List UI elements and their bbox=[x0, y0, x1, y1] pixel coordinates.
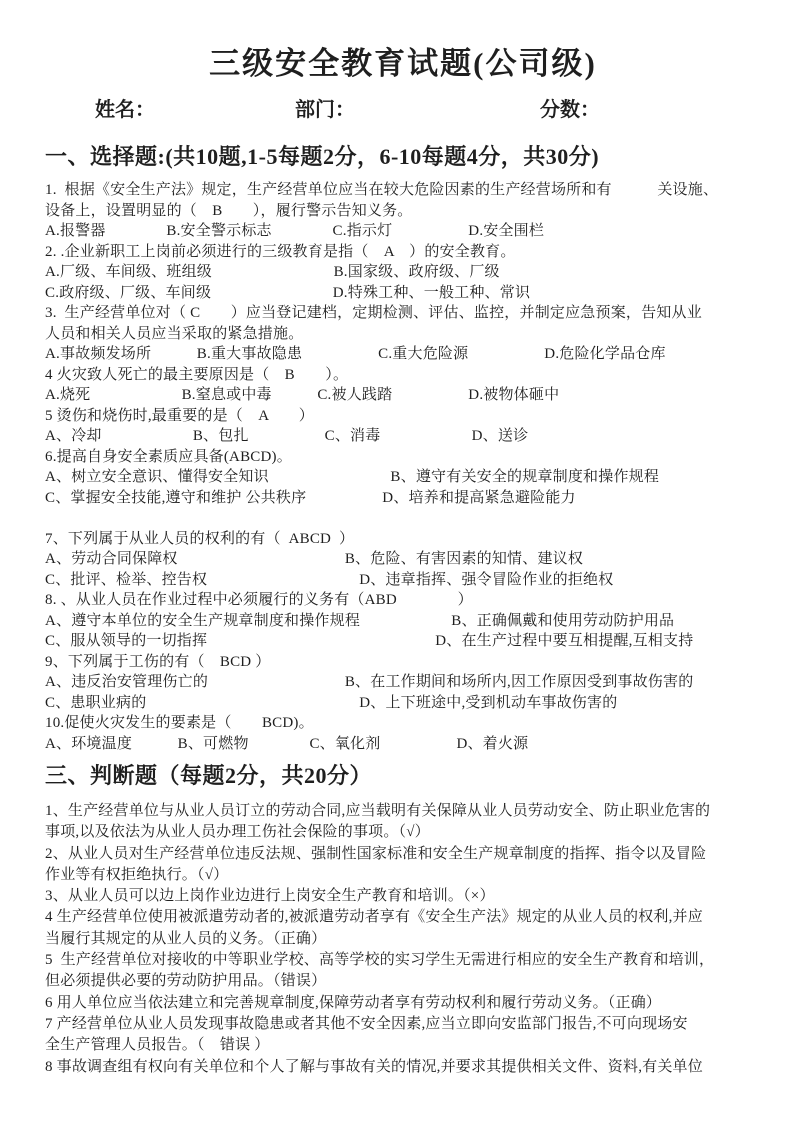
text-line: 7 产经营单位从业人员发现事故隐患或者其他不安全因素,应当立即向安监部门报告,不… bbox=[45, 1014, 761, 1035]
text-line: 3. 生产经营单位对（ C ）应当登记建档，定期检测、评估、监控，并制定应急预案… bbox=[45, 303, 761, 324]
text-line: 8. 、从业人员在作业过程中必须履行的义务有（ABD ） bbox=[45, 590, 761, 611]
text-line: 6 用人单位应当依法建立和完善规章制度,保障劳动者享有劳动权利和履行劳动义务。（… bbox=[45, 993, 761, 1014]
text-line: C、服从领导的一切指挥 D、在生产过程中要互相提醒,互相支持 bbox=[45, 631, 761, 652]
text-line: 10.促使火灾发生的要素是（ BCD)。 bbox=[45, 713, 761, 734]
text-line: A.事故频发场所 B.重大事故隐患 C.重大危险源 D.危险化学品仓库 bbox=[45, 344, 761, 365]
department-field-label: 部门： bbox=[295, 98, 355, 122]
exam-header-fields: 姓名： 部门： 分数： bbox=[45, 98, 761, 122]
text-line: 事项,以及依法为从业人员办理工伤社会保险的事项。（√） bbox=[45, 822, 761, 843]
text-line: 4 生产经营单位使用被派遣劳动者的,被派遣劳动者享有《安全生产法》规定的从业人员… bbox=[45, 907, 761, 928]
text-line: 1、生产经营单位与从业人员订立的劳动合同,应当载明有关保障从业人员劳动安全、防止… bbox=[45, 801, 761, 822]
text-line: 9、下列属于工伤的有（ BCD ） bbox=[45, 652, 761, 673]
text-line: A、冷却 B、包扎 C、消毒 D、送诊 bbox=[45, 426, 761, 447]
text-line: A、遵守本单位的安全生产规章制度和操作规程 B、正确佩戴和使用劳动防护用品 bbox=[45, 611, 761, 632]
document-title: 三级安全教育试题(公司级) bbox=[45, 44, 761, 84]
multiple-choice-questions: 1. 根据《安全生产法》规定，生产经营单位应当在较大危险因素的生产经营场所和有 … bbox=[45, 180, 761, 754]
text-line: 人员和相关人员应当采取的紧急措施。 bbox=[45, 324, 761, 345]
text-line: A、违反治安管理伤亡的 B、在工作期间和场所内,因工作原因受到事故伤害的 bbox=[45, 672, 761, 693]
score-field-label: 分数： bbox=[540, 98, 600, 122]
true-false-questions: 1、生产经营单位与从业人员订立的劳动合同,应当载明有关保障从业人员劳动安全、防止… bbox=[45, 801, 761, 1078]
text-line: 但必须提供必要的劳动防护用品。（错误） bbox=[45, 971, 761, 992]
text-line: 全生产管理人员报告。（ 错误 ） bbox=[45, 1035, 761, 1056]
text-line: 当履行其规定的从业人员的义务。（正确） bbox=[45, 929, 761, 950]
text-line: C、掌握安全技能,遵守和维护 公共秩序 D、培养和提高紧急避险能力 bbox=[45, 488, 761, 509]
text-line: A、环境温度 B、可燃物 C、氧化剂 D、着火源 bbox=[45, 734, 761, 755]
text-line: A、劳动合同保障权 B、危险、有害因素的知情、建议权 bbox=[45, 549, 761, 570]
text-line: 8 事故调查组有权向有关单位和个人了解与事故有关的情况,并要求其提供相关文件、资… bbox=[45, 1057, 761, 1078]
text-line: 2、从业人员对生产经营单位违反法规、强制性国家标准和安全生产规章制度的指挥、指令… bbox=[45, 844, 761, 865]
text-line: 2. .企业新职工上岗前必须进行的三级教育是指（ A ）的安全教育。 bbox=[45, 242, 761, 263]
text-line: 5 烫伤和烧伤时,最重要的是（ A ） bbox=[45, 406, 761, 427]
exam-document-page: 三级安全教育试题(公司级) 姓名： 部门： 分数： 一、选择题:(共10题,1-… bbox=[0, 0, 793, 1122]
text-line: 5 生产经营单位对接收的中等职业学校、高等学校的实习学生无需进行相应的安全生产教… bbox=[45, 950, 761, 971]
text-line: C、批评、检举、控告权 D、违章指挥、强令冒险作业的拒绝权 bbox=[45, 570, 761, 591]
section-heading-true-false: 三、判断题（每题2分，共20分） bbox=[45, 761, 761, 791]
text-line: A.烧死 B.窒息或中毒 C.被人践踏 D.被物体砸中 bbox=[45, 385, 761, 406]
text-line: 6.提高自身安全素质应具备(ABCD)。 bbox=[45, 447, 761, 468]
text-line: A.报警器 B.安全警示标志 C.指示灯 D.安全围栏 bbox=[45, 221, 761, 242]
text-line: 7、下列属于从业人员的权利的有（ ABCD ） bbox=[45, 529, 761, 550]
text-line: C、患职业病的 D、上下班途中,受到机动车事故伤害的 bbox=[45, 693, 761, 714]
text-line: 作业等有权拒绝执行。（√） bbox=[45, 865, 761, 886]
section-heading-multiple-choice: 一、选择题:(共10题,1-5每题2分，6-10每题4分，共30分) bbox=[45, 143, 761, 171]
text-line: 3、从业人员可以边上岗作业边进行上岗安全生产教育和培训。（×） bbox=[45, 886, 761, 907]
name-field-label: 姓名： bbox=[95, 98, 155, 122]
text-line: 设备上，设置明显的（ B ），履行警示告知义务。 bbox=[45, 201, 761, 222]
text-line: 4 火灾致人死亡的最主要原因是（ B ）。 bbox=[45, 365, 761, 386]
text-line: 1. 根据《安全生产法》规定，生产经营单位应当在较大危险因素的生产经营场所和有 … bbox=[45, 180, 761, 201]
text-line bbox=[45, 508, 761, 529]
text-line: C.政府级、厂级、车间级 D.特殊工种、一般工种、常识 bbox=[45, 283, 761, 304]
text-line: A.厂级、车间级、班组级 B.国家级、政府级、厂级 bbox=[45, 262, 761, 283]
text-line: A、树立安全意识、懂得安全知识 B、遵守有关安全的规章制度和操作规程 bbox=[45, 467, 761, 488]
